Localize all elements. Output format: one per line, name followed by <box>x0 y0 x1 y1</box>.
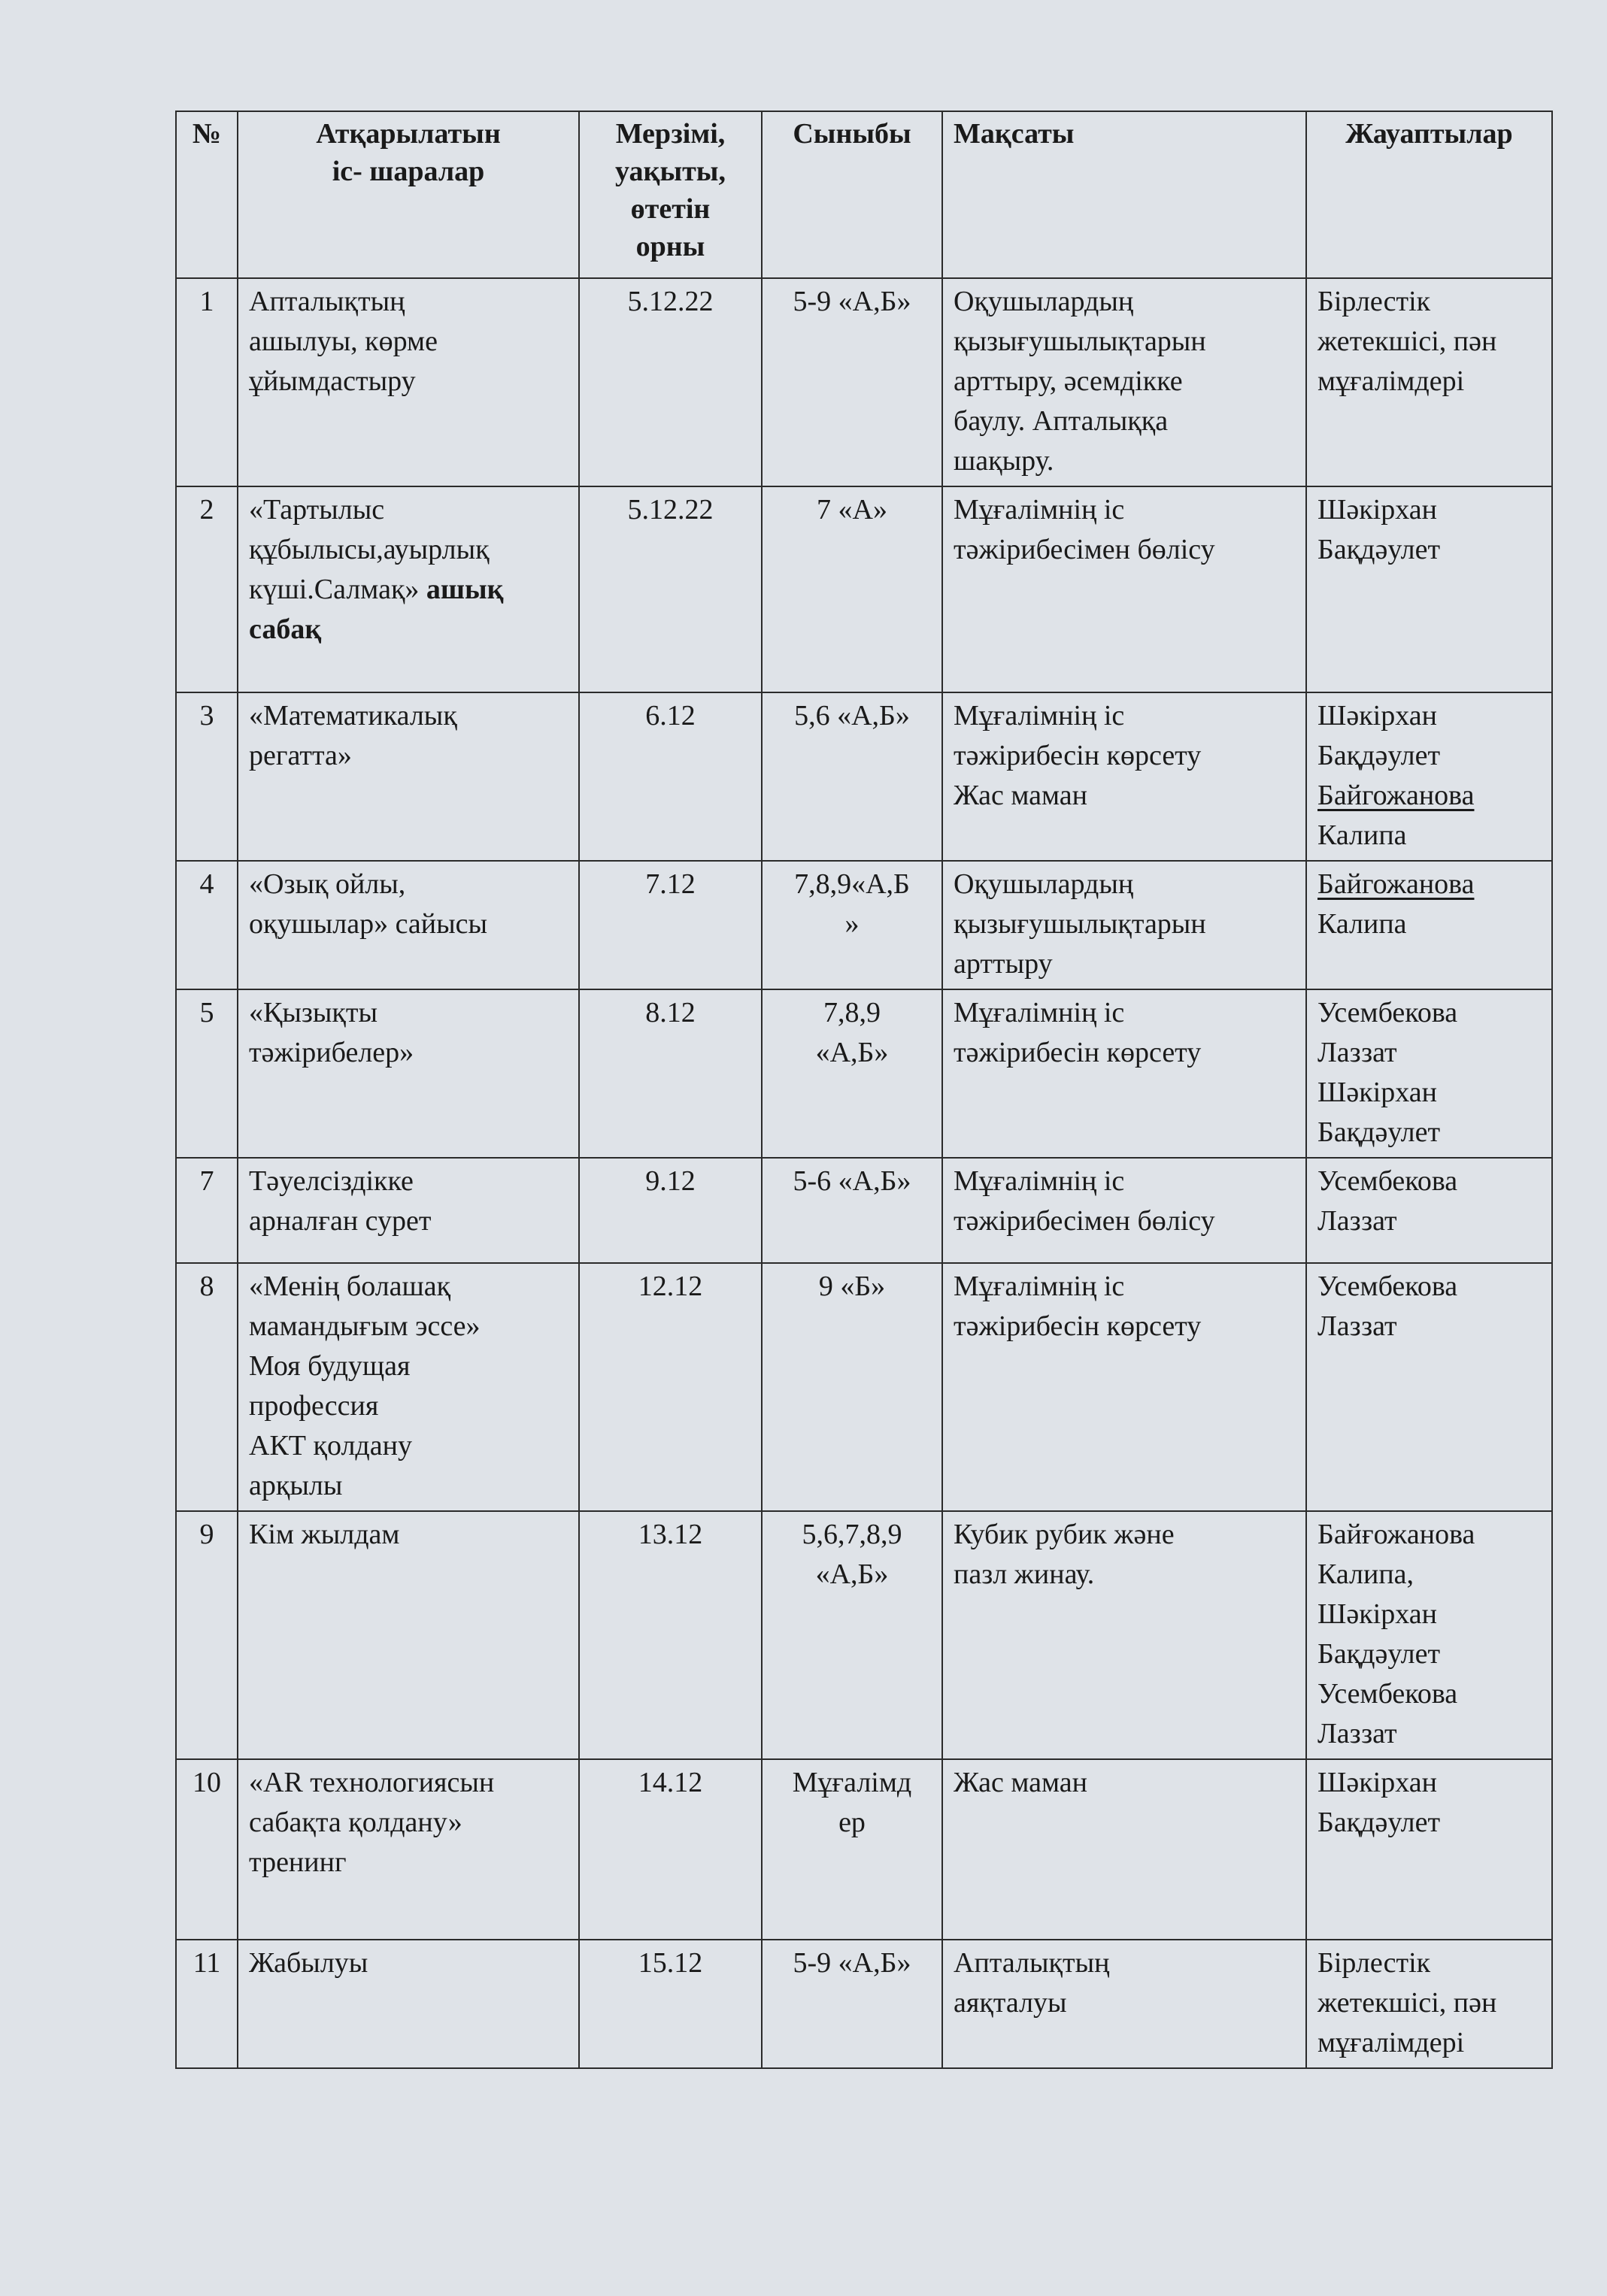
activity-cell: Жабылуы <box>238 1940 579 2068</box>
date-cell-line: 9.12 <box>590 1162 750 1201</box>
activity-cell: Тәуелсіздіккеарналған сурет <box>238 1158 579 1263</box>
responsible-cell-line: Лаззат <box>1317 1201 1541 1241</box>
date-cell: 12.12 <box>579 1263 762 1511</box>
date-cell-line: 5.12.22 <box>590 490 750 530</box>
date-cell: 5.12.22 <box>579 486 762 692</box>
class-cell: Мұғалімдер <box>762 1759 942 1940</box>
activity-cell-line: «Тартылыс <box>249 490 568 530</box>
row-number-line: 7 <box>180 1162 234 1201</box>
class-cell: 5,6 «А,Б» <box>762 692 942 861</box>
responsible-cell-line: Шәкірхан <box>1317 1595 1541 1634</box>
row-number-line: 4 <box>180 865 234 904</box>
row-number: 2 <box>176 486 238 692</box>
class-cell-line: 7,8,9 <box>773 993 931 1033</box>
row-number: 7 <box>176 1158 238 1263</box>
responsible-cell-line: Усембекова <box>1317 1162 1541 1201</box>
activity-cell: «Математикалықрегатта» <box>238 692 579 861</box>
class-cell-line: 5-6 «А,Б» <box>773 1162 931 1201</box>
responsible-cell-line: Усембекова <box>1317 993 1541 1033</box>
goal-cell-line: Мұғалімнің іс <box>954 1162 1295 1201</box>
responsible-cell-line: Бірлестік <box>1317 282 1541 322</box>
date-cell: 14.12 <box>579 1759 762 1940</box>
row-number-line: 11 <box>180 1943 234 1983</box>
goal-cell: Мұғалімнің істәжірибесімен бөлісу <box>942 1158 1306 1263</box>
activity-cell-line: «Менің болашақ <box>249 1267 568 1307</box>
date-cell: 9.12 <box>579 1158 762 1263</box>
table-row: 11Жабылуы15.125-9 «А,Б»Апталықтыңаяқталу… <box>176 1940 1552 2068</box>
row-number-line: 1 <box>180 282 234 322</box>
responsible-cell-line: Бақдәулет <box>1317 736 1541 776</box>
responsible-cell-line: Бірлестік <box>1317 1943 1541 1983</box>
activity-cell-line: ашылуы, көрме <box>249 322 568 362</box>
goal-cell-line: Апталықтың <box>954 1943 1295 1983</box>
table-row: 7Тәуелсіздіккеарналған сурет9.125-6 «А,Б… <box>176 1158 1552 1263</box>
goal-cell: Оқушылардыңқызығушылықтарынарттыру, әсем… <box>942 278 1306 486</box>
date-cell: 13.12 <box>579 1511 762 1759</box>
responsible-cell-line: жетекшісі, пән <box>1317 322 1541 362</box>
row-number: 1 <box>176 278 238 486</box>
goal-cell: Жас маман <box>942 1759 1306 1940</box>
activity-cell-line: «Математикалық <box>249 696 568 736</box>
date-cell-line: 15.12 <box>590 1943 750 1983</box>
responsible-cell-line: Шәкірхан <box>1317 1073 1541 1113</box>
responsible-cell: ШәкірханБақдәулет <box>1306 486 1552 692</box>
header-goal: Мақсаты <box>942 111 1306 278</box>
activity-cell: «Қызықтытәжірибелер» <box>238 989 579 1158</box>
responsible-cell-line: Лаззат <box>1317 1033 1541 1073</box>
responsible-cell-line: Усембекова <box>1317 1267 1541 1307</box>
activity-cell-line: мамандығым эссе» <box>249 1307 568 1346</box>
table-row: 2«Тартылысқұбылысы,ауырлықкүші.Салмақ» а… <box>176 486 1552 692</box>
row-number: 4 <box>176 861 238 989</box>
goal-cell: Мұғалімнің істәжірибесін көрсету <box>942 989 1306 1158</box>
date-cell: 6.12 <box>579 692 762 861</box>
row-number-line: 10 <box>180 1763 234 1803</box>
class-cell-line: 5,6,7,8,9 <box>773 1515 931 1555</box>
responsible-cell-line: Бақдәулет <box>1317 1113 1541 1153</box>
table-row: 10«AR технологиясынсабақта қолдану»трени… <box>176 1759 1552 1940</box>
header-line: Атқарылатын <box>249 115 568 153</box>
goal-cell-line: тәжірибесімен бөлісу <box>954 1201 1295 1241</box>
row-number-line: 9 <box>180 1515 234 1555</box>
goal-cell-line: шақыру. <box>954 441 1295 481</box>
class-cell: 5-6 «А,Б» <box>762 1158 942 1263</box>
class-cell-line: » <box>773 904 931 944</box>
responsible-cell-line: Шәкірхан <box>1317 1763 1541 1803</box>
activity-cell-line: «AR технологиясын <box>249 1763 568 1803</box>
activity-cell: «Тартылысқұбылысы,ауырлықкүші.Салмақ» аш… <box>238 486 579 692</box>
activity-cell-line: Кім жылдам <box>249 1515 568 1555</box>
responsible-cell: БайгожановаКалипа <box>1306 861 1552 989</box>
date-cell-line: 8.12 <box>590 993 750 1033</box>
date-cell: 15.12 <box>579 1940 762 2068</box>
header-line: өтетін <box>590 190 750 228</box>
goal-cell-line: Кубик рубик және <box>954 1515 1295 1555</box>
class-cell: 5-9 «А,Б» <box>762 278 942 486</box>
activity-cell-line: тәжірибелер» <box>249 1033 568 1073</box>
responsible-cell-line: Бақдәулет <box>1317 1634 1541 1674</box>
class-cell-line: «А,Б» <box>773 1033 931 1073</box>
goal-cell: Мұғалімнің істәжірибесін көрсету <box>942 1263 1306 1511</box>
responsible-cell-line: Шәкірхан <box>1317 490 1541 530</box>
row-number-line: 2 <box>180 490 234 530</box>
header-activity: Атқарылатыніс- шаралар <box>238 111 579 278</box>
goal-cell-line: арттыру, әсемдікке <box>954 362 1295 401</box>
goal-cell-line: арттыру <box>954 944 1295 984</box>
goal-cell-line: тәжірибесін көрсету <box>954 736 1295 776</box>
row-number-line: 5 <box>180 993 234 1033</box>
row-number-line: 3 <box>180 696 234 736</box>
class-cell-line: «А,Б» <box>773 1555 931 1595</box>
activity-cell-line: Апталықтың <box>249 282 568 322</box>
goal-cell-line: Мұғалімнің іс <box>954 490 1295 530</box>
responsible-cell: Бірлестікжетекшісі, пәнмұғалімдері <box>1306 1940 1552 2068</box>
activity-cell: «Менің болашақмамандығым эссе»Моя будуща… <box>238 1263 579 1511</box>
date-cell: 7.12 <box>579 861 762 989</box>
activity-cell-line: ұйымдастыру <box>249 362 568 401</box>
activity-cell: Кім жылдам <box>238 1511 579 1759</box>
responsible-cell-line: Бақдәулет <box>1317 530 1541 570</box>
row-number: 8 <box>176 1263 238 1511</box>
goal-cell-line: Жас маман <box>954 776 1295 816</box>
goal-cell: Мұғалімнің істәжірибесін көрсетуЖас мама… <box>942 692 1306 861</box>
class-cell: 7,8,9«А,Б» <box>762 861 942 989</box>
activity-cell-line: Жабылуы <box>249 1943 568 1983</box>
activity-cell-line: күші.Салмақ» ашық <box>249 570 568 610</box>
table-row: 1Апталықтыңашылуы, көрмеұйымдастыру5.12.… <box>176 278 1552 486</box>
row-number: 5 <box>176 989 238 1158</box>
activity-cell-line: оқушылар» сайысы <box>249 904 568 944</box>
goal-cell: Мұғалімнің істәжірибесімен бөлісу <box>942 486 1306 692</box>
responsible-cell: УсембековаЛаззат <box>1306 1158 1552 1263</box>
activity-cell-line: регатта» <box>249 736 568 776</box>
goal-cell-line: тәжірибесін көрсету <box>954 1033 1295 1073</box>
responsible-cell: ШәкірханБақдәулетБайгожановаКалипа <box>1306 692 1552 861</box>
activity-cell-line: профессия <box>249 1386 568 1426</box>
activity-cell-line: сабақта қолдану» <box>249 1803 568 1843</box>
goal-cell-line: Оқушылардың <box>954 282 1295 322</box>
row-number-line: 8 <box>180 1267 234 1307</box>
responsible-cell: БайғожановаКалипа,ШәкірханБақдәулетУсемб… <box>1306 1511 1552 1759</box>
goal-cell-line: қызығушылықтарын <box>954 322 1295 362</box>
goal-cell-line: қызығушылықтарын <box>954 904 1295 944</box>
class-cell: 7,8,9«А,Б» <box>762 989 942 1158</box>
goal-cell-line: Мұғалімнің іс <box>954 993 1295 1033</box>
responsible-cell-line: Байғожанова <box>1317 1515 1541 1555</box>
header-number: № <box>176 111 238 278</box>
activity-cell-line: құбылысы,ауырлық <box>249 530 568 570</box>
date-cell-line: 13.12 <box>590 1515 750 1555</box>
class-cell-line: 5,6 «А,Б» <box>773 696 931 736</box>
goal-cell-line: тәжірибесін көрсету <box>954 1307 1295 1346</box>
row-number: 11 <box>176 1940 238 2068</box>
row-number: 9 <box>176 1511 238 1759</box>
date-cell: 8.12 <box>579 989 762 1158</box>
activity-cell: «Озық ойлы,оқушылар» сайысы <box>238 861 579 989</box>
goal-cell-line: тәжірибесімен бөлісу <box>954 530 1295 570</box>
responsible-cell-line: Усембекова <box>1317 1674 1541 1714</box>
activity-cell-line: тренинг <box>249 1843 568 1883</box>
class-cell-line: 5-9 «А,Б» <box>773 282 931 322</box>
responsible-cell-line: Шәкірхан <box>1317 696 1541 736</box>
header-row: № Атқарылатыніс- шаралар Мерзімі,уақыты,… <box>176 111 1552 278</box>
header-line: Мерзімі, <box>590 115 750 153</box>
activity-cell: «AR технологиясынсабақта қолдану»тренинг <box>238 1759 579 1940</box>
goal-cell: Оқушылардыңқызығушылықтарынарттыру <box>942 861 1306 989</box>
date-cell-line: 5.12.22 <box>590 282 750 322</box>
activity-cell-line: АКТ қолдану <box>249 1426 568 1466</box>
responsible-cell: УсембековаЛаззатШәкірханБақдәулет <box>1306 989 1552 1158</box>
date-cell-line: 14.12 <box>590 1763 750 1803</box>
responsible-cell-line: Калипа, <box>1317 1555 1541 1595</box>
header-line: уақыты, <box>590 153 750 190</box>
table-row: 8«Менің болашақмамандығым эссе»Моя будущ… <box>176 1263 1552 1511</box>
responsible-cell: ШәкірханБақдәулет <box>1306 1759 1552 1940</box>
responsible-cell-line: жетекшісі, пән <box>1317 1983 1541 2023</box>
row-number: 10 <box>176 1759 238 1940</box>
responsible-cell-line: мұғалімдері <box>1317 362 1541 401</box>
class-cell: 7 «А» <box>762 486 942 692</box>
goal-cell-line: Мұғалімнің іс <box>954 696 1295 736</box>
responsible-cell-line: Лаззат <box>1317 1714 1541 1754</box>
table-row: 4«Озық ойлы,оқушылар» сайысы7.127,8,9«А,… <box>176 861 1552 989</box>
table-row: 9Кім жылдам13.125,6,7,8,9«А,Б»Кубик руби… <box>176 1511 1552 1759</box>
goal-cell: Кубик рубик жәнепазл жинау. <box>942 1511 1306 1759</box>
responsible-cell-line: Байгожанова <box>1317 776 1541 816</box>
class-cell: 9 «Б» <box>762 1263 942 1511</box>
date-cell-line: 12.12 <box>590 1267 750 1307</box>
responsible-cell: Бірлестікжетекшісі, пәнмұғалімдері <box>1306 278 1552 486</box>
class-cell-line: Мұғалімд <box>773 1763 931 1803</box>
class-cell: 5,6,7,8,9«А,Б» <box>762 1511 942 1759</box>
goal-cell-line: баулу. Апталыққа <box>954 401 1295 441</box>
responsible-cell-line: Байгожанова <box>1317 865 1541 904</box>
table-row: 3«Математикалықрегатта»6.125,6 «А,Б»Мұға… <box>176 692 1552 861</box>
class-cell-line: ер <box>773 1803 931 1843</box>
date-cell-line: 7.12 <box>590 865 750 904</box>
date-cell: 5.12.22 <box>579 278 762 486</box>
goal-cell-line: аяқталуы <box>954 1983 1295 2023</box>
class-cell-line: 5-9 «А,Б» <box>773 1943 931 1983</box>
open-lesson-label: ашық <box>419 574 503 605</box>
activity-cell-line: Тәуелсіздікке <box>249 1162 568 1201</box>
class-cell-line: 9 «Б» <box>773 1267 931 1307</box>
activity-cell-line: Моя будущая <box>249 1346 568 1386</box>
table-body: 1Апталықтыңашылуы, көрмеұйымдастыру5.12.… <box>176 278 1552 2068</box>
activity-cell: Апталықтыңашылуы, көрмеұйымдастыру <box>238 278 579 486</box>
responsible-cell-line: мұғалімдері <box>1317 2023 1541 2063</box>
class-cell-line: 7 «А» <box>773 490 931 530</box>
responsible-cell-line: Калипа <box>1317 816 1541 856</box>
goal-cell-line: пазл жинау. <box>954 1555 1295 1595</box>
class-cell-line: 7,8,9«А,Б <box>773 865 931 904</box>
goal-cell-line: Оқушылардың <box>954 865 1295 904</box>
row-number: 3 <box>176 692 238 861</box>
activity-cell-line: «Озық ойлы, <box>249 865 568 904</box>
date-cell-line: 6.12 <box>590 696 750 736</box>
responsible-cell-line: Бақдәулет <box>1317 1803 1541 1843</box>
goal-cell-line: Мұғалімнің іс <box>954 1267 1295 1307</box>
activity-cell-line: «Қызықты <box>249 993 568 1033</box>
header-date: Мерзімі,уақыты,өтетінорны <box>579 111 762 278</box>
activity-cell-line: арқылы <box>249 1466 568 1506</box>
header-line: іс- шаралар <box>249 153 568 190</box>
responsible-cell: УсембековаЛаззат <box>1306 1263 1552 1511</box>
activity-cell-line: арналған сурет <box>249 1201 568 1241</box>
table-row: 5«Қызықтытәжірибелер»8.127,8,9«А,Б»Мұғал… <box>176 989 1552 1158</box>
responsible-cell-line: Лаззат <box>1317 1307 1541 1346</box>
activity-plan-table: № Атқарылатыніс- шаралар Мерзімі,уақыты,… <box>175 111 1553 2069</box>
header-line: орны <box>590 228 750 265</box>
class-cell: 5-9 «А,Б» <box>762 1940 942 2068</box>
goal-cell: Апталықтыңаяқталуы <box>942 1940 1306 2068</box>
header-class: Сыныбы <box>762 111 942 278</box>
goal-cell-line: Жас маман <box>954 1763 1295 1803</box>
open-lesson-label: сабақ <box>249 610 568 650</box>
header-responsible: Жауаптылар <box>1306 111 1552 278</box>
responsible-cell-line: Калипа <box>1317 904 1541 944</box>
